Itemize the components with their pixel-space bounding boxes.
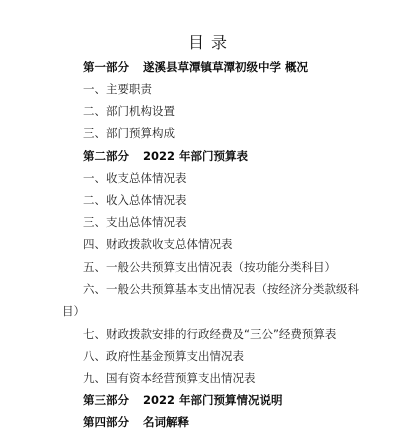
toc-title: 目 录	[0, 33, 410, 53]
toc-item[interactable]: 一、主要职责	[83, 81, 152, 97]
part-label: 第四部分	[83, 415, 129, 429]
toc-item[interactable]: 六、一般公共预算基本支出情况表（按经济分类款级科	[83, 281, 359, 297]
toc-item[interactable]: 八、政府性基金预算支出情况表	[83, 348, 244, 364]
toc-item[interactable]: 五、一般公共预算支出情况表（按功能分类科目）	[83, 259, 336, 275]
toc-item[interactable]: 七、财政拨款安排的行政经费及“三公”经费预算表	[83, 326, 336, 342]
part-title: 遂溪县草潭镇草潭初级中学 概况	[143, 60, 308, 74]
part-title: 名词解释	[143, 415, 189, 429]
toc-item[interactable]: 三、支出总体情况表	[83, 214, 187, 230]
document-page: 目 录 第一部分遂溪县草潭镇草潭初级中学 概况 一、主要职责 二、部门机构设置 …	[0, 0, 410, 436]
part-title: 2022 年部门预算情况说明	[143, 393, 283, 407]
part-title: 2022 年部门预算表	[143, 149, 248, 163]
toc-item[interactable]: 一、收支总体情况表	[83, 170, 187, 186]
toc-item[interactable]: 四、财政拨款收支总体情况表	[83, 236, 233, 252]
toc-item[interactable]: 三、部门预算构成	[83, 125, 175, 141]
toc-item[interactable]: 二、收入总体情况表	[83, 192, 187, 208]
toc-item-wrap[interactable]: 目）	[62, 303, 85, 319]
part-label: 第三部分	[83, 393, 129, 407]
toc-part-3[interactable]: 第三部分2022 年部门预算情况说明	[83, 392, 283, 408]
toc-part-4[interactable]: 第四部分名词解释	[83, 414, 189, 430]
toc-item[interactable]: 二、部门机构设置	[83, 103, 175, 119]
toc-part-1[interactable]: 第一部分遂溪县草潭镇草潭初级中学 概况	[83, 59, 308, 75]
part-label: 第一部分	[83, 60, 129, 74]
toc-part-2[interactable]: 第二部分2022 年部门预算表	[83, 148, 248, 164]
part-label: 第二部分	[83, 149, 129, 163]
toc-item[interactable]: 九、国有资本经营预算支出情况表	[83, 370, 256, 386]
